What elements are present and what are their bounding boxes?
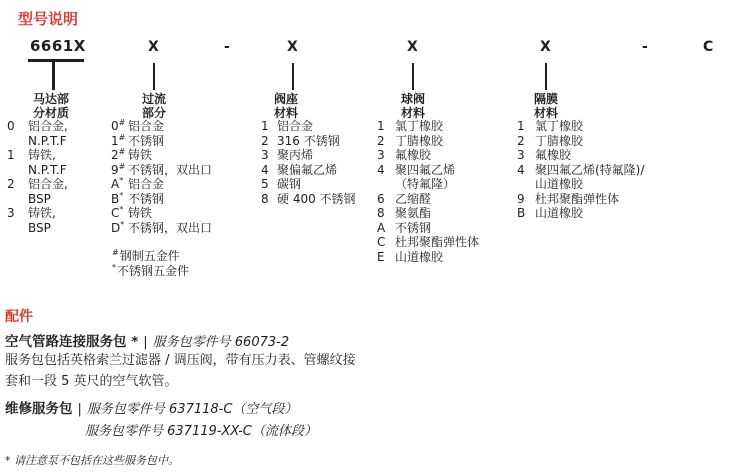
material-option: 4聚四氟乙烯 — [377, 163, 479, 178]
accessories-section-title: 配件 — [5, 306, 33, 326]
hardware-footnotes: #钢制五金件 *不锈钢五金件 — [112, 249, 189, 278]
material-option: 1铝合金 — [261, 119, 356, 134]
repair-service-kit-line: 维修服务包|服务包零件号 637118-C（空气段） 服务包零件号 637119… — [5, 399, 317, 442]
material-option: 3聚丙烯 — [261, 148, 356, 163]
footnote-steel-hardware: #钢制五金件 — [112, 249, 189, 264]
material-option: 0#铝合金 — [111, 119, 212, 134]
material-option: BSP — [7, 192, 68, 207]
model-code-x4: X — [540, 39, 551, 55]
material-option: 9#不锈钢，双出口 — [111, 163, 212, 178]
material-option: 1氯丁橡胶 — [377, 119, 479, 134]
column-header-ball-material: 球阀 材料 — [401, 92, 425, 120]
material-option: 8硬 400 不锈钢 — [261, 192, 356, 207]
material-option: 9杜邦聚酯弹性体 — [517, 192, 644, 207]
material-option: 4聚四氟乙烯(特氟隆)/ — [517, 163, 644, 178]
material-option: 2铝合金, — [7, 177, 68, 192]
material-option: E山道橡胶 — [377, 250, 479, 265]
seat-material-list: 1铝合金 2316 不锈钢 3聚丙烯 4聚偏氟乙烯 5碳钢 8硬 400 不锈钢 — [261, 119, 356, 206]
separator-bar: | — [73, 402, 87, 417]
material-option: 8聚氨酯 — [377, 206, 479, 221]
model-explanation-page: 型号说明 6661X X - X X X - C 马达部 分材质 过流 部分 阀… — [0, 0, 750, 476]
model-code-base: 6661X — [30, 37, 86, 55]
separator-bar: | — [138, 335, 152, 350]
connector-line-flow — [153, 63, 155, 90]
model-code-dash2: - — [642, 39, 648, 55]
connector-line-ball — [412, 63, 414, 90]
wetted-section-list: 0#铝合金 1#不锈钢 2#铸铁 9#不锈钢，双出口 A*铝合金 B*不锈钢 C… — [111, 119, 212, 235]
model-code-x3: X — [407, 39, 418, 55]
material-option: 2丁腈橡胶 — [517, 134, 644, 149]
column-header-wetted-section: 过流 部分 — [142, 92, 166, 120]
motor-material-list: 0铝合金, N.P.T.F 1铸铁, N.P.T.F 2铝合金, BSP 3铸铁… — [7, 119, 68, 235]
material-option: （特氟隆） — [377, 177, 479, 192]
repair-service-kit-title: 维修服务包 — [5, 401, 73, 417]
column-header-diaphragm-material: 隔膜 材料 — [534, 92, 558, 120]
air-service-kit-line: 空气管路连接服务包 *|服务包零件号 66073-2 — [5, 330, 289, 350]
material-option: 3氟橡胶 — [377, 148, 479, 163]
material-option: C*铸铁 — [111, 206, 212, 221]
material-option: B*不锈钢 — [111, 192, 212, 207]
material-option: 3铸铁, — [7, 206, 68, 221]
repair-kit-part-number-air: 服务包零件号 637118-C（空气段） — [87, 402, 298, 417]
material-option: C杜邦聚酯弹性体 — [377, 235, 479, 250]
material-option: 5碳钢 — [261, 177, 356, 192]
material-option: 2丁腈橡胶 — [377, 134, 479, 149]
material-option: 3氟橡胶 — [517, 148, 644, 163]
material-option: B山道橡胶 — [517, 206, 644, 221]
material-option: N.P.T.F — [7, 163, 68, 178]
air-service-kit-title: 空气管路连接服务包 * — [5, 334, 138, 350]
service-kit-note: * 请注意泵不包括在这些服务包中。 — [5, 452, 179, 468]
material-option: 山道橡胶 — [517, 177, 644, 192]
material-option: 0铝合金, — [7, 119, 68, 134]
material-option: BSP — [7, 221, 68, 236]
material-option: 1铸铁, — [7, 148, 68, 163]
material-option: 2316 不锈钢 — [261, 134, 356, 149]
air-service-kit-part-number: 服务包零件号 66073-2 — [153, 335, 289, 350]
material-option: 1#不锈钢 — [111, 134, 212, 149]
material-option: 6乙缩醛 — [377, 192, 479, 207]
connector-line-diaphragm — [545, 63, 547, 90]
repair-kit-part-number-fluid: 服务包零件号 637119-XX-C（流体段） — [85, 424, 317, 439]
material-option: 4聚偏氟乙烯 — [261, 163, 356, 178]
material-option: N.P.T.F — [7, 134, 68, 149]
material-option: 2#铸铁 — [111, 148, 212, 163]
ball-material-list: 1氯丁橡胶 2丁腈橡胶 3氟橡胶 4聚四氟乙烯 （特氟隆） 6乙缩醛 8聚氨酯 … — [377, 119, 479, 264]
model-code-dash1: - — [224, 39, 230, 55]
footnote-stainless-hardware: *不锈钢五金件 — [112, 264, 189, 279]
column-header-seat-material: 阀座 材料 — [274, 92, 298, 120]
air-service-kit-description: 服务包包括英格索兰过滤器 / 调压阀，带有压力表、管螺纹接 套和一段 5 英尺的… — [5, 351, 356, 392]
diaphragm-material-list: 1氯丁橡胶 2丁腈橡胶 3氟橡胶 4聚四氟乙烯(特氟隆)/ 山道橡胶 9杜邦聚酯… — [517, 119, 644, 221]
material-option: D*不锈钢，双出口 — [111, 221, 212, 236]
column-header-motor-material: 马达部 分材质 — [33, 92, 69, 120]
page-title: 型号说明 — [18, 8, 78, 29]
material-option: 1氯丁橡胶 — [517, 119, 644, 134]
material-option: A*铝合金 — [111, 177, 212, 192]
connector-line-seat — [292, 63, 294, 90]
material-option: A不锈钢 — [377, 221, 479, 236]
model-code-x1: X — [148, 39, 159, 55]
model-code-suffix: C — [703, 39, 713, 55]
connector-tbar-horizontal — [28, 59, 84, 62]
connector-tbar-vertical — [52, 59, 55, 90]
model-code-x2: X — [287, 39, 298, 55]
